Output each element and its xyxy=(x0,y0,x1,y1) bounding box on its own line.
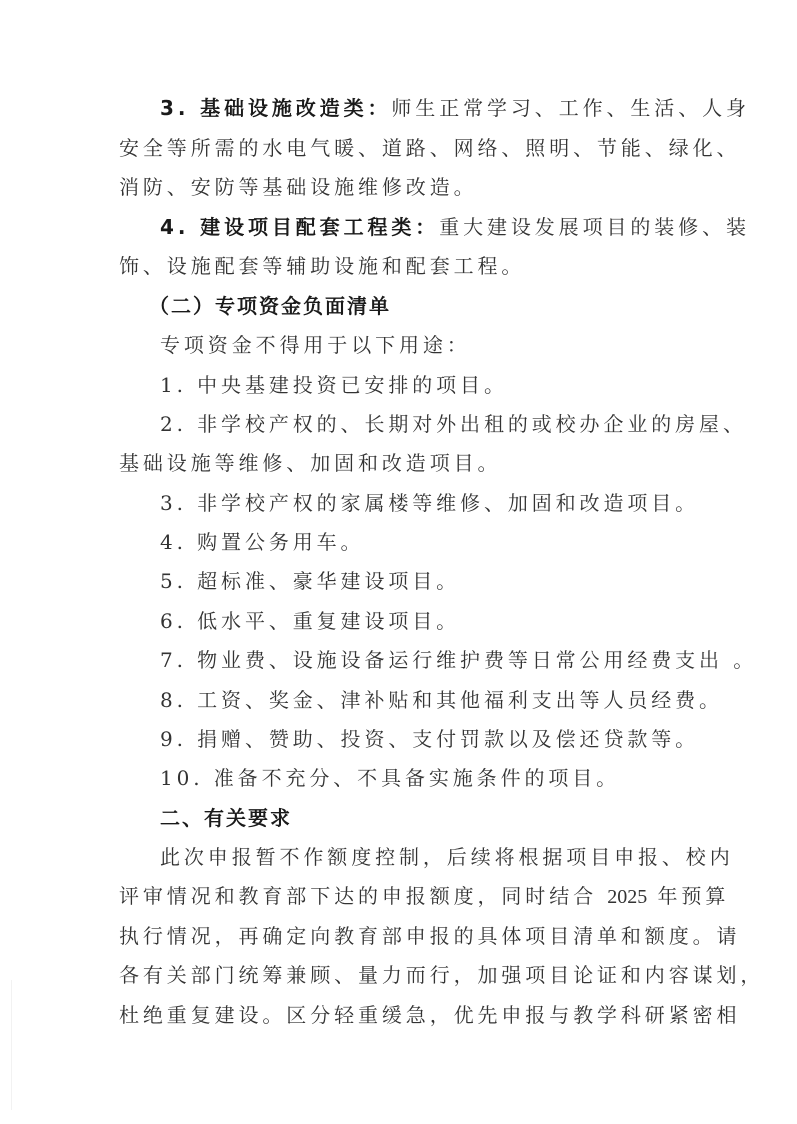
requirements-line-3: 执行情况，再确定向教育部申报的具体项目清单和额度。请 xyxy=(119,924,740,948)
negative-item-2: 2. 非学校产权的、长期对外出租的或校办企业的房屋、 xyxy=(160,412,747,436)
section-4-label: 4. 建设项目配套工程类： xyxy=(160,215,439,239)
requirements-line-5: 杜绝重复建设。区分轻重缓急，优先申报与教学科研紧密相 xyxy=(119,1003,740,1027)
requirements-line-4: 各有关部门统筹兼顾、量力而行，加强项目论证和内容谋划， xyxy=(119,963,764,987)
negative-item-2-cont: 基础设施等维修、加固和改造项目。 xyxy=(119,451,501,475)
negative-item-3: 3. 非学校产权的家属楼等维修、加固和改造项目。 xyxy=(160,491,699,515)
section-4-text: 重大建设发展项目的装修、装 xyxy=(439,215,750,239)
section-4-line-1: 4. 建设项目配套工程类：重大建设发展项目的装修、装 xyxy=(160,215,750,239)
requirements-line-2b: 年预算 xyxy=(658,884,730,908)
negative-item-7: 7. 物业费、设施设备运行维护费等日常公用经费支出 。 xyxy=(160,648,757,672)
negative-list-intro: 专项资金不得用于以下用途： xyxy=(160,333,471,357)
section-3-line-2: 安全等所需的水电气暖、道路、网络、照明、节能、绿化、 xyxy=(119,136,740,160)
heading-requirements: 二、有关要求 xyxy=(160,806,292,830)
section-3-line-1: 3. 基础设施改造类：师生正常学习、工作、生活、人身 xyxy=(160,96,750,120)
page-edge-mark xyxy=(11,980,12,1110)
negative-item-1: 1. 中央基建投资已安排的项目。 xyxy=(160,373,508,397)
requirements-line-2a: 评审情况和教育部下达的申报额度，同时结合 xyxy=(119,884,597,908)
budget-year: 2025 xyxy=(607,886,647,908)
negative-item-9: 9. 捐赠、赞助、投资、支付罚款以及偿还贷款等。 xyxy=(160,727,699,751)
negative-item-10: 10. 准备不充分、不具备实施条件的项目。 xyxy=(160,766,620,790)
section-3-label: 3. 基础设施改造类： xyxy=(160,96,391,120)
subheading-negative-list: （二）专项资金负面清单 xyxy=(149,294,391,318)
requirements-line-2: 评审情况和教育部下达的申报额度，同时结合 2025 年预算 xyxy=(119,884,729,909)
negative-item-6: 6. 低水平、重复建设项目。 xyxy=(160,609,460,633)
section-3-text: 师生正常学习、工作、生活、人身 xyxy=(391,96,750,120)
negative-item-4: 4. 购置公务用车。 xyxy=(160,530,364,554)
requirements-line-1: 此次申报暂不作额度控制，后续将根据项目申报、校内 xyxy=(160,845,734,869)
negative-item-8: 8. 工资、奖金、津补贴和其他福利支出等人员经费。 xyxy=(160,688,723,712)
section-3-line-3: 消防、安防等基础设施维修改造。 xyxy=(119,175,478,199)
negative-item-5: 5. 超标准、豪华建设项目。 xyxy=(160,569,460,593)
section-4-line-2: 饰、设施配套等辅助设施和配套工程。 xyxy=(119,254,525,278)
